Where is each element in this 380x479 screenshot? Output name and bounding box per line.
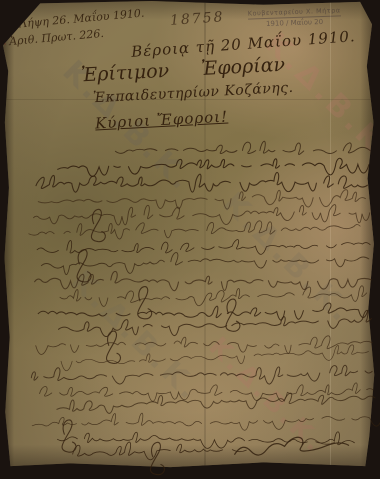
scan-background: Κ.Δ.Β.Κ. Κ.Δ.Β.Κ. Κ.Δ.Β.Κ. Κ.Δ.Β.Κ. Κ.Δ.… [0, 0, 380, 479]
handwritten-body-script [0, 0, 380, 479]
